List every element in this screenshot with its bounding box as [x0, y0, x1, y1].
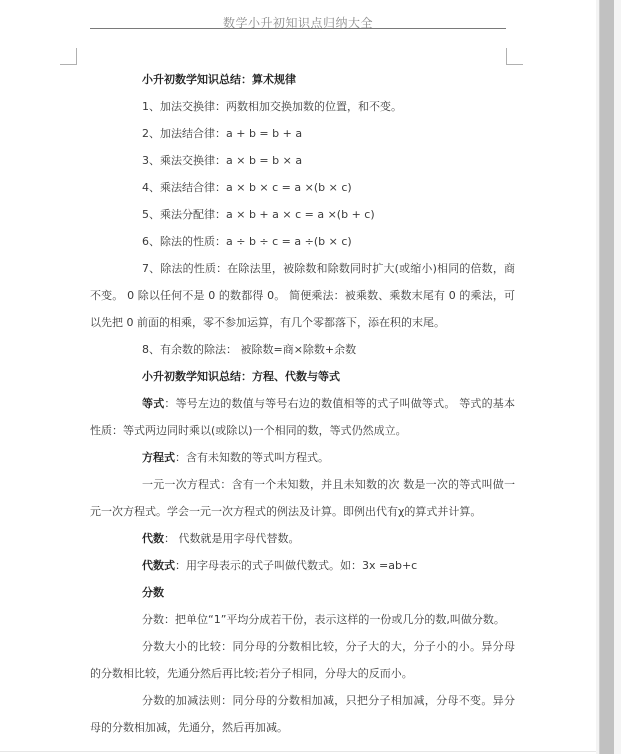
paragraph-equation: 等式：等号左边的数值与等号右边的数值相等的式子叫做等式。 等式的基本性质：等式两… [90, 390, 515, 444]
rule-4: 4、乘法结合律：a × b × c = a ×(b × c) [90, 174, 515, 201]
rule-1: 1、加法交换律：两数相加交换加数的位置，和不变。 [90, 93, 515, 120]
definition-algebra-expression: ：用字母表示的式子叫做代数式。如：3x =ab+c [175, 559, 417, 572]
page-bottom-edge [0, 751, 596, 752]
paragraph-algebra: 代数： 代数就是用字母代替数。 [90, 525, 515, 552]
paragraph-algebra-expression: 代数式：用字母表示的式子叫做代数式。如：3x =ab+c [90, 552, 515, 579]
definition-algebra: ： 代数就是用字母代替数。 [164, 532, 300, 545]
rule-5: 5、乘法分配律：a × b + a × c = a ×(b + c) [90, 201, 515, 228]
margin-corner-top-right [506, 48, 523, 65]
rule-6: 6、除法的性质：a ÷ b ÷ c = a ÷(b × c) [90, 228, 515, 255]
paragraph-fraction-add-subtract: 分数的加减法则：同分母的分数相加减，只把分子相加减，分母不变。异分母的分数相加减… [90, 687, 515, 741]
rule-7: 7、除法的性质：在除法里，被除数和除数同时扩大(或缩小)相同的倍数，商不变。 0… [90, 255, 515, 336]
term-fangcheng: 方程式 [142, 451, 175, 464]
section-heading-equations: 小升初数学知识总结：方程、代数与等式 [90, 363, 515, 390]
rule-3: 3、乘法交换律：a × b = b × a [90, 147, 515, 174]
paragraph-linear-equation: 一元一次方程式：含有一个未知数，并且未知数的次 数是一次的等式叫做一元一次方程式… [90, 471, 515, 525]
section-heading-fractions: 分数 [90, 579, 515, 606]
term-equation: 等式 [142, 397, 164, 410]
term-algebra-expression: 代数式 [142, 559, 175, 572]
document-body: 小升初数学知识总结：算术规律 1、加法交换律：两数相加交换加数的位置，和不变。 … [90, 68, 515, 741]
document-page: 数学小升初知识点归纳大全 小升初数学知识总结：算术规律 1、加法交换律：两数相加… [0, 0, 596, 754]
rule-8: 8、有余数的除法： 被除数=商×除数+余数 [90, 336, 515, 363]
rule-2: 2、加法结合律：a + b = b + a [90, 120, 515, 147]
paragraph-fraction-definition: 分数：把单位“1”平均分成若干份，表示这样的一份或几分的数,叫做分数。 [90, 606, 515, 633]
paragraph-fraction-comparison: 分数大小的比较：同分母的分数相比较，分子大的大，分子小的小。异分母的分数相比较，… [90, 633, 515, 687]
scrollbar-thumb[interactable] [599, 0, 614, 754]
header-rule [90, 28, 506, 29]
margin-corner-top-left [60, 48, 77, 65]
definition-fangcheng: ：含有未知数的等式叫方程式。 [175, 451, 329, 464]
term-algebra: 代数 [142, 532, 164, 545]
section-heading-arithmetic: 小升初数学知识总结：算术规律 [90, 66, 515, 93]
vertical-scrollbar[interactable] [596, 0, 621, 754]
paragraph-fangcheng: 方程式：含有未知数的等式叫方程式。 [90, 444, 515, 471]
